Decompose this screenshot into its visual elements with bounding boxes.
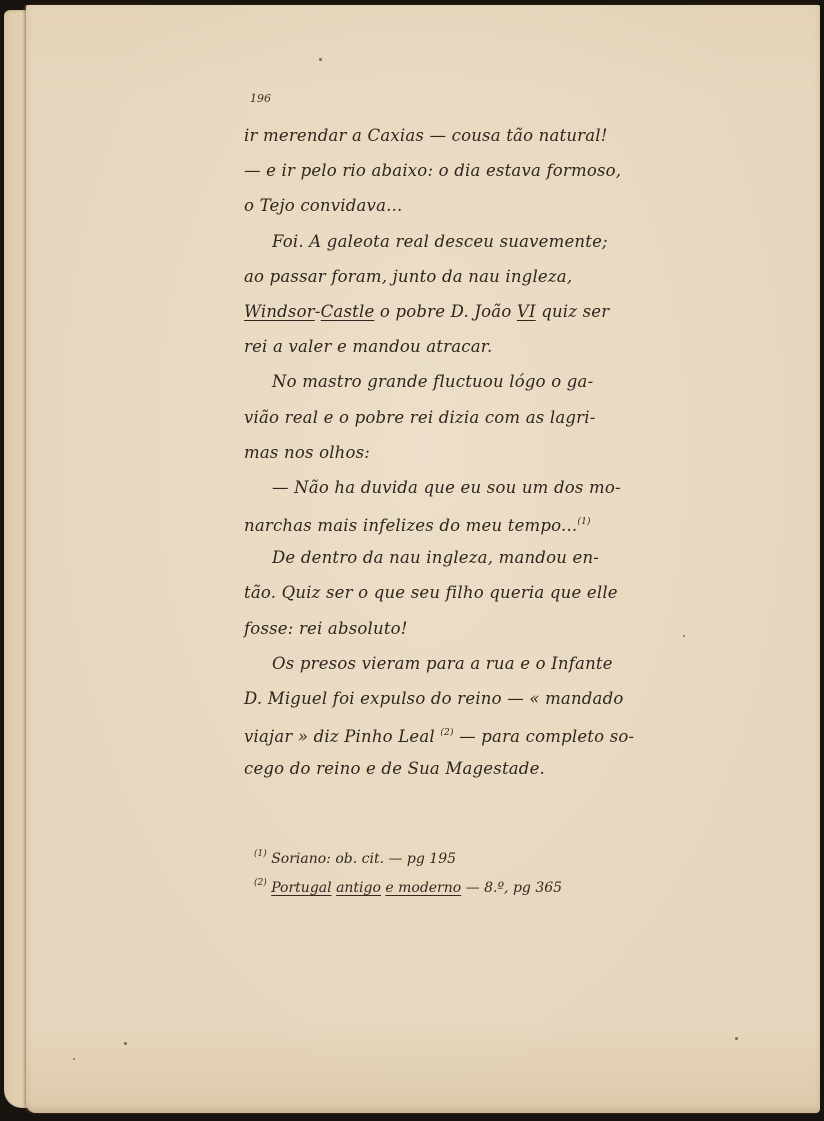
text-fragment: o pobre D. João — [374, 302, 516, 321]
text-line: ao passar foram, junto da nau ingleza, — [244, 259, 714, 294]
text-line: — Não ha duvida que eu sou um dos mo- — [244, 470, 714, 505]
footnote-reference: (1) — [577, 517, 590, 527]
text-line: mas nos olhos: — [244, 435, 714, 470]
text-line: De dentro da nau ingleza, mandou en- — [244, 540, 714, 575]
footnotes: (1) Soriano: ob. cit. — pg 195 (2) Portu… — [254, 842, 704, 900]
text-fragment: narchas mais infelizes do meu tempo... — [244, 516, 577, 535]
underlined-title-word: e moderno — [385, 880, 461, 896]
text-line: rei a valer e mandou atracar. — [244, 329, 714, 364]
text-line: No mastro grande fluctuou lógo o ga- — [244, 364, 714, 399]
underlined-ship-name: Windsor — [244, 302, 315, 321]
underlined-title-word: Portugal — [271, 880, 331, 896]
manuscript-body: ir merendar a Caxias — cousa tão natural… — [244, 118, 714, 787]
footnote-reference: (2) — [440, 728, 453, 738]
footnote-2: (2) Portugal antigo e moderno — 8.º, pg … — [254, 871, 704, 900]
scanned-manuscript: 196 ir merendar a Caxias — cousa tão nat… — [0, 0, 824, 1121]
paper-speck — [319, 58, 322, 61]
text-line: Foi. A galeota real desceu suavemente; — [244, 224, 714, 259]
text-line: Os presos vieram para a rua e o Infante — [244, 646, 714, 681]
text-line: ir merendar a Caxias — cousa tão natural… — [244, 118, 714, 153]
text-line: Windsor-Castle o pobre D. João VI quiz s… — [244, 294, 714, 329]
text-fragment: viajar » diz Pinho Leal — [244, 727, 440, 746]
text-line: fosse: rei absoluto! — [244, 611, 714, 646]
footnote-mark: (2) — [254, 878, 267, 888]
text-line: — e ir pelo rio abaixo: o dia estava for… — [244, 153, 714, 188]
footnote-1: (1) Soriano: ob. cit. — pg 195 — [254, 842, 704, 871]
text-line: vião real e o pobre rei dizia com as lag… — [244, 400, 714, 435]
paper-speck — [124, 1042, 127, 1045]
footnote-text: Soriano: ob. cit. — pg 195 — [267, 851, 456, 867]
underlined-regnal-number: VI — [517, 302, 536, 321]
text-line: cego do reino e de Sua Magestade. — [244, 751, 714, 786]
text-line: D. Miguel foi expulso do reino — « manda… — [244, 681, 714, 716]
underlined-title-word: antigo — [336, 880, 381, 896]
text-line: o Tejo convidava... — [244, 188, 714, 223]
paper-speck — [73, 1058, 75, 1060]
page-number: 196 — [250, 92, 271, 105]
text-fragment: quiz ser — [536, 302, 610, 321]
text-line: viajar » diz Pinho Leal (2) — para compl… — [244, 716, 714, 751]
paper-speck — [735, 1037, 738, 1040]
text-fragment: — para completo so- — [454, 727, 635, 746]
text-line: narchas mais infelizes do meu tempo...(1… — [244, 505, 714, 540]
footnote-text: — 8.º, pg 365 — [461, 880, 562, 896]
footnote-mark: (1) — [254, 849, 267, 859]
underlined-ship-name: Castle — [321, 302, 375, 321]
text-line: tão. Quiz ser o que seu filho queria que… — [244, 575, 714, 610]
